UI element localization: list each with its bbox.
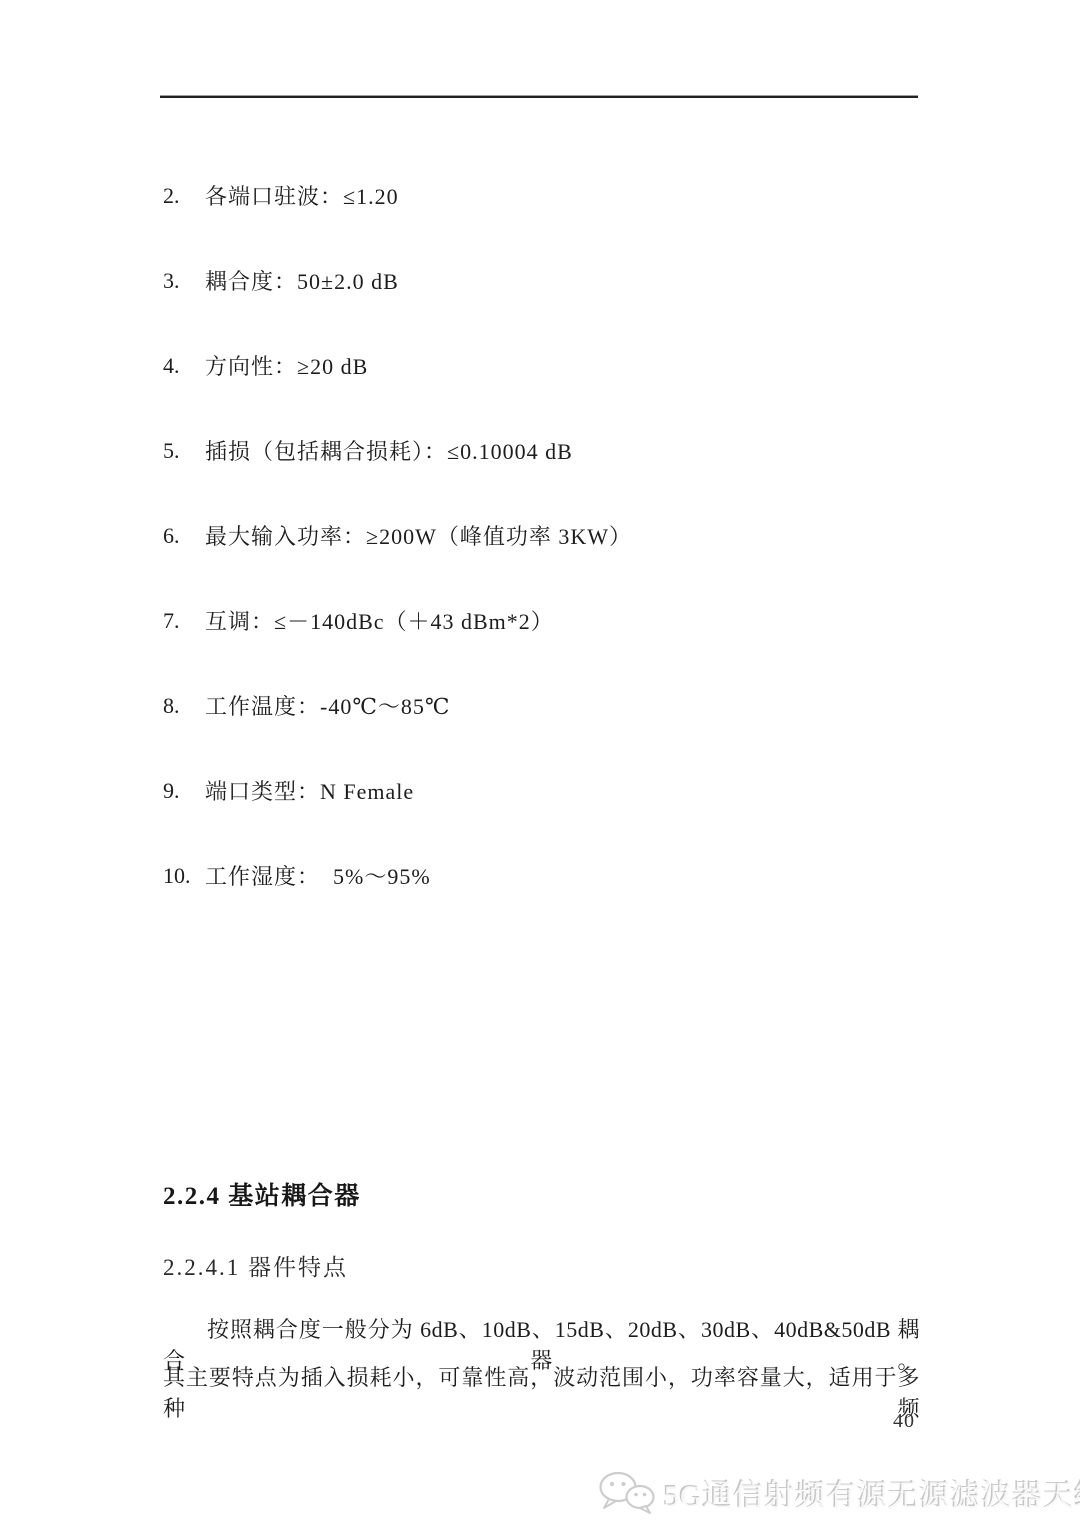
spec-item-text: 插损（包括耦合损耗）：≤0.10004 dB xyxy=(205,435,573,466)
spec-item-number: 10. xyxy=(163,863,205,889)
spec-item-number: 5. xyxy=(163,438,205,464)
document-page: 2. 各端口驻波：≤1.20 3. 耦合度：50±2.0 dB 4. 方向性：≥… xyxy=(0,0,1080,1526)
spec-item-intermodulation: 7. 互调：≤－140dBc（＋43 dBm*2） xyxy=(163,578,923,663)
spec-item-operating-temperature: 8. 工作温度：-40℃～85℃ xyxy=(163,663,923,748)
spec-item-insertion-loss: 5. 插损（包括耦合损耗）：≤0.10004 dB xyxy=(163,408,923,493)
spec-item-number: 9. xyxy=(163,778,205,804)
spec-item-port-type: 9. 端口类型：N Female xyxy=(163,748,923,833)
watermark-text: 5G通信射频有源无源滤波器天线 xyxy=(664,1471,1080,1515)
spec-item-number: 2. xyxy=(163,183,205,209)
spec-item-text: 互调：≤－140dBc（＋43 dBm*2） xyxy=(205,605,554,636)
paragraph-line-2: 其主要特点为插入损耗小，可靠性高，波动范围小，功率容量大，适用于多种频 xyxy=(163,1361,920,1423)
section-subheading: 2.2.4.1 器件特点 xyxy=(163,1249,348,1282)
spec-item-max-input-power: 6. 最大输入功率：≥200W（峰值功率 3KW） xyxy=(163,493,923,578)
spec-item-text: 耦合度：50±2.0 dB xyxy=(205,265,399,296)
spec-item-text: 工作温度：-40℃～85℃ xyxy=(205,690,451,721)
spec-item-text: 端口类型：N Female xyxy=(205,775,414,806)
spec-item-text: 最大输入功率：≥200W（峰值功率 3KW） xyxy=(205,520,632,551)
wechat-chat-bubbles-icon xyxy=(596,1470,658,1516)
spec-item-number: 4. xyxy=(163,353,205,379)
spec-item-text: 各端口驻波：≤1.20 xyxy=(205,180,399,211)
spec-item-coupling: 3. 耦合度：50±2.0 dB xyxy=(163,238,923,323)
spec-item-number: 7. xyxy=(163,608,205,634)
spec-item-text: 方向性：≥20 dB xyxy=(205,350,368,381)
header-divider xyxy=(160,95,918,98)
spec-item-number: 8. xyxy=(163,693,205,719)
spec-list: 2. 各端口驻波：≤1.20 3. 耦合度：50±2.0 dB 4. 方向性：≥… xyxy=(163,153,923,918)
spec-item-text: 工作湿度： 5%～95% xyxy=(205,860,431,891)
spec-item-number: 6. xyxy=(163,523,205,549)
spec-item-directivity: 4. 方向性：≥20 dB xyxy=(163,323,923,408)
page-number: 40 xyxy=(893,1410,915,1433)
footer-watermark: 5G通信射频有源无源滤波器天线 xyxy=(596,1470,1080,1516)
spec-item-operating-humidity: 10. 工作湿度： 5%～95% xyxy=(163,833,923,918)
spec-item-number: 3. xyxy=(163,268,205,294)
spec-item-port-vswr: 2. 各端口驻波：≤1.20 xyxy=(163,153,923,238)
section-heading: 2.2.4 基站耦合器 xyxy=(163,1176,361,1212)
